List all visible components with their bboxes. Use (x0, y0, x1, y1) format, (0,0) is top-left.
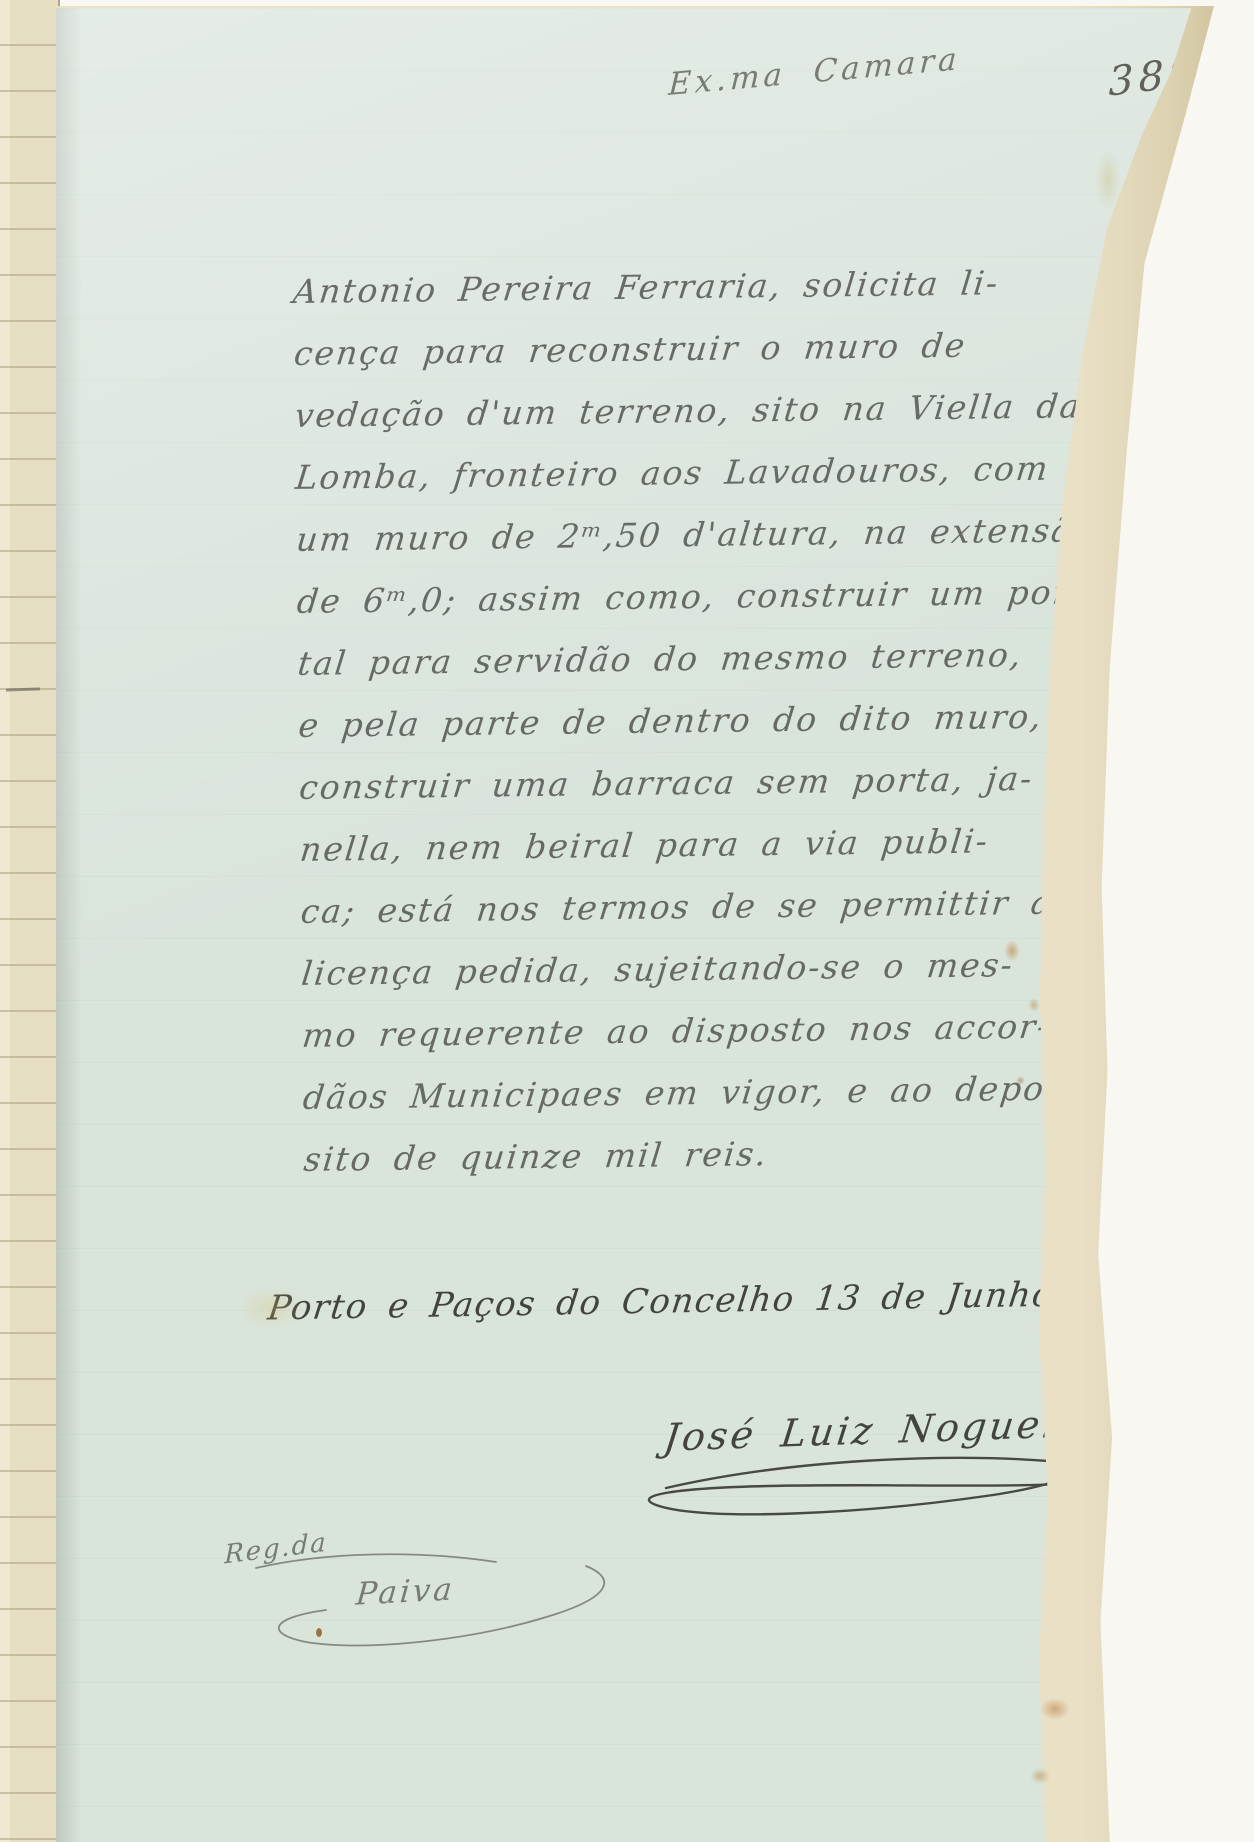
handwriting-line: ca; está nos termos de se permittir a (296, 882, 1113, 954)
left-page-stack-edge (0, 0, 60, 1842)
body-text: Antonio Pereira Ferraria, solicita li- c… (288, 262, 1110, 1202)
handwriting-line: Lomba, fronteiro aos Lavadouros, com — (291, 448, 1108, 520)
foxing-stain (1040, 1698, 1070, 1720)
foxing-stain (1016, 1076, 1025, 1085)
ruled-lines (0, 0, 58, 1842)
handwriting-line: e pela parte de dentro do dito muro, (294, 696, 1111, 768)
foxing-stain (1004, 940, 1020, 962)
handwriting-line: nella, nem beiral para a via publi- (296, 820, 1113, 892)
handwriting-line: de 6ᵐ,0; assim como, construir um por- (293, 572, 1110, 644)
handwriting-line: tal para servidão do mesmo terreno, (293, 634, 1110, 706)
marginal-note: Reg.da (224, 1528, 328, 1571)
manuscript-page: Ex.ma Camara 389 Antonio Pereira Ferrari… (56, 8, 1196, 1842)
marginal-rubric: Paiva (354, 1571, 456, 1612)
handwriting-line: um muro de 2ᵐ,50 d'altura, na extensão (292, 510, 1109, 582)
handwriting-line: dãos Municipaes em vigor, e ao depo- (299, 1068, 1116, 1140)
ink-speck (316, 1628, 322, 1637)
document-scan: Ex.ma Camara 389 Antonio Pereira Ferrari… (0, 0, 1254, 1842)
handwriting-line: mo requerente ao disposto nos accor- (298, 1006, 1115, 1078)
handwriting-line: vedação d'um terreno, sito na Viella da (290, 386, 1107, 458)
signature: José Luiz Nogueira (661, 1400, 1107, 1460)
handwriting-line: cença para reconstruir o muro de (290, 324, 1107, 396)
handwriting-line: construir uma barraca sem porta, ja- (295, 758, 1112, 830)
rubric-flourish (196, 1548, 656, 1688)
foxing-stain (1028, 998, 1040, 1012)
handwriting-line: Antonio Pereira Ferraria, solicita li- (289, 262, 1106, 334)
foxing-stain (1030, 1768, 1050, 1784)
paper-stain (1095, 150, 1121, 210)
handwriting-line: sito de quinze mil reis. (299, 1130, 1116, 1202)
header-annotation: Ex.ma Camara (668, 41, 962, 103)
handwriting-line: licença pedida, sujeitando-se o mes- (297, 944, 1114, 1016)
paper-stain (236, 1286, 306, 1330)
